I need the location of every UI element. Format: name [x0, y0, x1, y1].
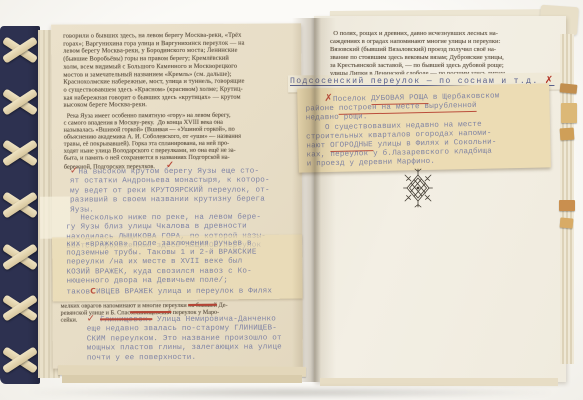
bookmark-tab	[560, 217, 574, 228]
floral-diamond-vignette-icon	[403, 168, 433, 208]
typed-paragraph-1: ✓На высоком крутом берегу Яузы еще сто-я…	[70, 165, 300, 215]
left-bottom-page-edge	[62, 375, 302, 383]
pasted-strip-text: ✗Поселок ДУБОВАЯ РОЩА в Щербаковскомрайо…	[305, 89, 547, 170]
x-stitch-icon	[0, 243, 40, 271]
typed-paragraph-3: ких «вражков» после заключения ручьев вп…	[66, 239, 300, 297]
photo-of-open-book: говорили о бывших здесь, на левом берегу…	[0, 0, 583, 400]
x-stitch-icon	[0, 294, 40, 322]
typed-paragraph-4: ✓ Глинищевск. Улица Немировича-Данченкое…	[87, 313, 299, 363]
x-stitch-icon	[0, 139, 40, 167]
bookmark-tab	[560, 128, 575, 141]
x-stitch-icon	[0, 191, 40, 219]
book-cover-spine	[0, 26, 40, 384]
printed-paragraph-right: О полях, рощах и древних, давно исчезнув…	[330, 30, 560, 79]
bookmark-tab	[560, 83, 578, 94]
right-page: О полях, рощах и древних, давно исчезнув…	[314, 16, 566, 382]
x-stitch-icon	[0, 346, 40, 374]
bookmark-tab	[561, 103, 577, 123]
right-bottom-page-edge	[320, 378, 558, 386]
x-stitch-icon	[0, 88, 40, 116]
left-page: говорили о бывших здесь, на левом берегу…	[51, 23, 303, 368]
printed-paragraph-1: говорили о бывших здесь, на левом берегу…	[63, 31, 297, 109]
printed-paragraph-2: Река Яуза имеет особенно памятную «гору»…	[64, 111, 298, 171]
x-stitch-icon	[0, 36, 40, 64]
bookmark-tab	[559, 200, 575, 211]
book-shadow	[30, 388, 550, 397]
